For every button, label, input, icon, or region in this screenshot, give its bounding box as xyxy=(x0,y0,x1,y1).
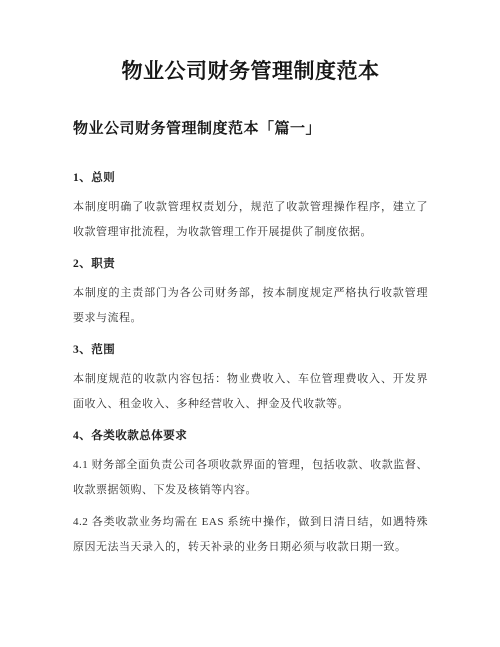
section-general-paragraph: 本制度明确了收款管理权责划分，规范了收款管理操作程序，建立了收款管理审批流程，为… xyxy=(73,195,428,245)
section-requirements-paragraph-2: 4.2 各类收款业务均需在 EAS 系统中操作，做到日清日结，如遇特殊原因无法当… xyxy=(73,510,428,560)
document-subtitle: 物业公司财务管理制度范本「篇一」 xyxy=(73,118,428,140)
section-heading-general: 1、总则 xyxy=(73,166,428,191)
document-title: 物业公司财务管理制度范本 xyxy=(73,56,428,86)
section-requirements-paragraph-1: 4.1 财务部全面负责公司各项收款界面的管理，包括收款、收款监督、收款票据领购、… xyxy=(73,453,428,503)
section-heading-duties: 2、职责 xyxy=(73,252,428,277)
section-duties-paragraph: 本制度的主责部门为各公司财务部，按本制度规定严格执行收款管理要求与流程。 xyxy=(73,281,428,331)
document-page: 物业公司财务管理制度范本 物业公司财务管理制度范本「篇一」 1、总则 本制度明确… xyxy=(0,0,500,647)
section-scope-paragraph: 本制度规范的收款内容包括：物业费收入、车位管理费收入、开发界面收入、租金收入、多… xyxy=(73,367,428,417)
section-heading-scope: 3、范围 xyxy=(73,338,428,363)
section-heading-requirements: 4、各类收款总体要求 xyxy=(73,424,428,449)
